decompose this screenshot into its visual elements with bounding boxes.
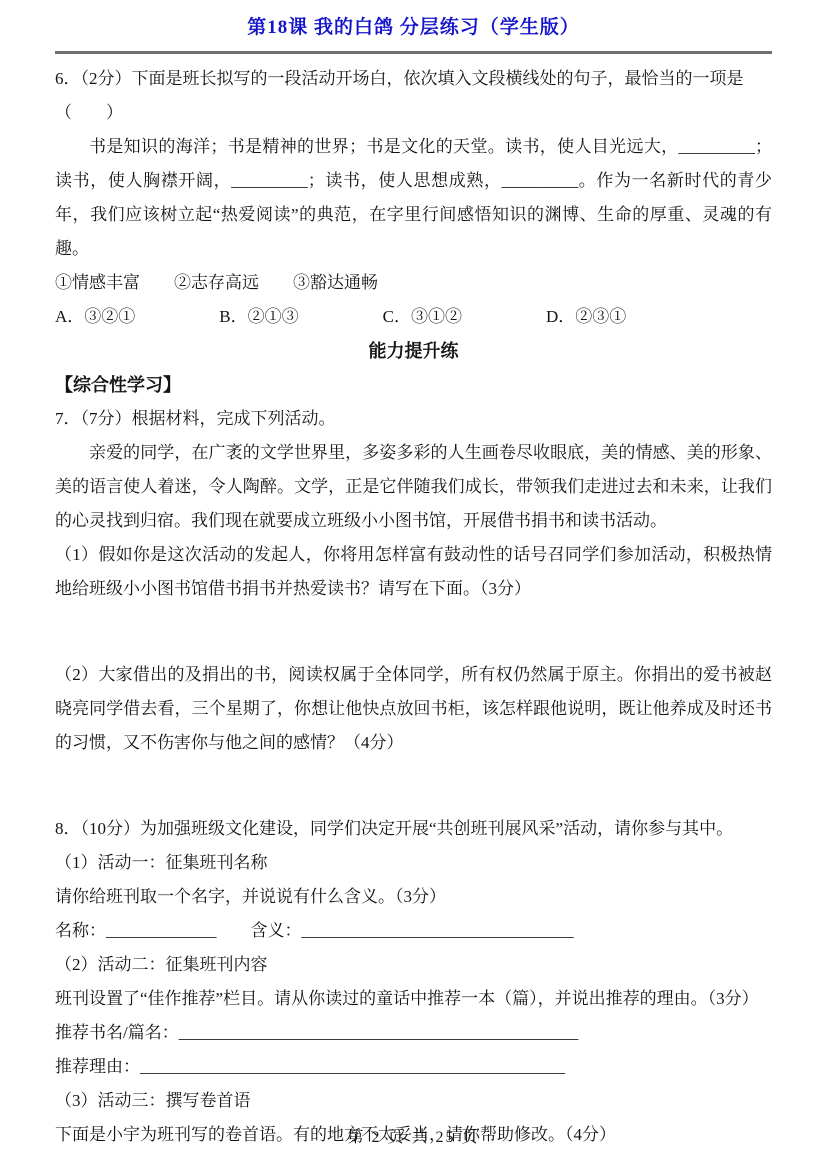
question-7-sub2: （2）大家借出的及捐出的书，阅读权属于全体同学，所有权仍然属于原主。你捐出的爱书… (55, 658, 772, 760)
question-6-numbered-items: ①情感丰富 ②志存高远 ③豁达通畅 (55, 266, 772, 300)
option-b: B．②①③ (219, 300, 298, 334)
question-7-passage: 亲爱的同学，在广袤的文学世界里，多姿多彩的人生画卷尽收眼底，美的情感、美的形象、… (55, 436, 772, 538)
question-7-stem: 7．（7分）根据材料，完成下列活动。 (55, 402, 772, 436)
question-6-passage: 书是知识的海洋；书是精神的世界；书是文化的天堂。读书，使人目光远大，______… (55, 130, 772, 266)
question-6-stem: 6．（2分）下面是班长拟写的一段活动开场白，依次填入文段横线处的句子，最恰当的一… (55, 62, 772, 96)
question-8-activity1-desc: 请你给班刊取一个名字，并说说有什么含义。（3分） (55, 880, 772, 914)
question-7-sub1: （1）假如你是这次活动的发起人，你将用怎样富有鼓动性的话号召同学们参加活动，积极… (55, 538, 772, 606)
question-8-activity1-title: （1）活动一：征集班刊名称 (55, 846, 772, 880)
question-8-activity2-title: （2）活动二：征集班刊内容 (55, 948, 772, 982)
option-c: C．③①② (383, 300, 462, 334)
question-8-activity3-title: （3）活动三：撰写卷首语 (55, 1084, 772, 1118)
question-8-activity1-fields: 名称：_____________ 含义：____________________… (55, 914, 772, 948)
document-page: 第18课 我的白鸽 分层练习（学生版） 6．（2分）下面是班长拟写的一段活动开场… (0, 0, 827, 1169)
question-6-options: A．③②① B．②①③ C．③①② D．②③① (55, 300, 772, 334)
question-8-activity2-desc: 班刊设置了“佳作推荐”栏目。请从你读过的童话中推荐一本（篇），并说出推荐的理由。… (55, 982, 772, 1016)
answer-space-sub2 (55, 760, 772, 812)
question-8-stem: 8．（10分）为加强班级文化建设，同学们决定开展“共创班刊展风采”活动，请你参与… (55, 812, 772, 846)
page-footer: 第 2 页 共 25 页 (0, 1124, 827, 1147)
option-d: D．②③① (546, 300, 626, 334)
header-divider (55, 51, 772, 54)
question-6-answer-bracket: （ ） (55, 96, 772, 130)
question-8-activity2-field-title: 推荐书名/篇名：________________________________… (55, 1016, 772, 1050)
subsection-title: 【综合性学习】 (55, 368, 772, 402)
section-title: 能力提升练 (55, 334, 772, 368)
question-8-activity2-field-reason: 推荐理由：___________________________________… (55, 1050, 772, 1084)
option-a: A．③②① (55, 300, 135, 334)
document-title: 第18课 我的白鸽 分层练习（学生版） (55, 14, 772, 42)
answer-space-sub1 (55, 606, 772, 658)
